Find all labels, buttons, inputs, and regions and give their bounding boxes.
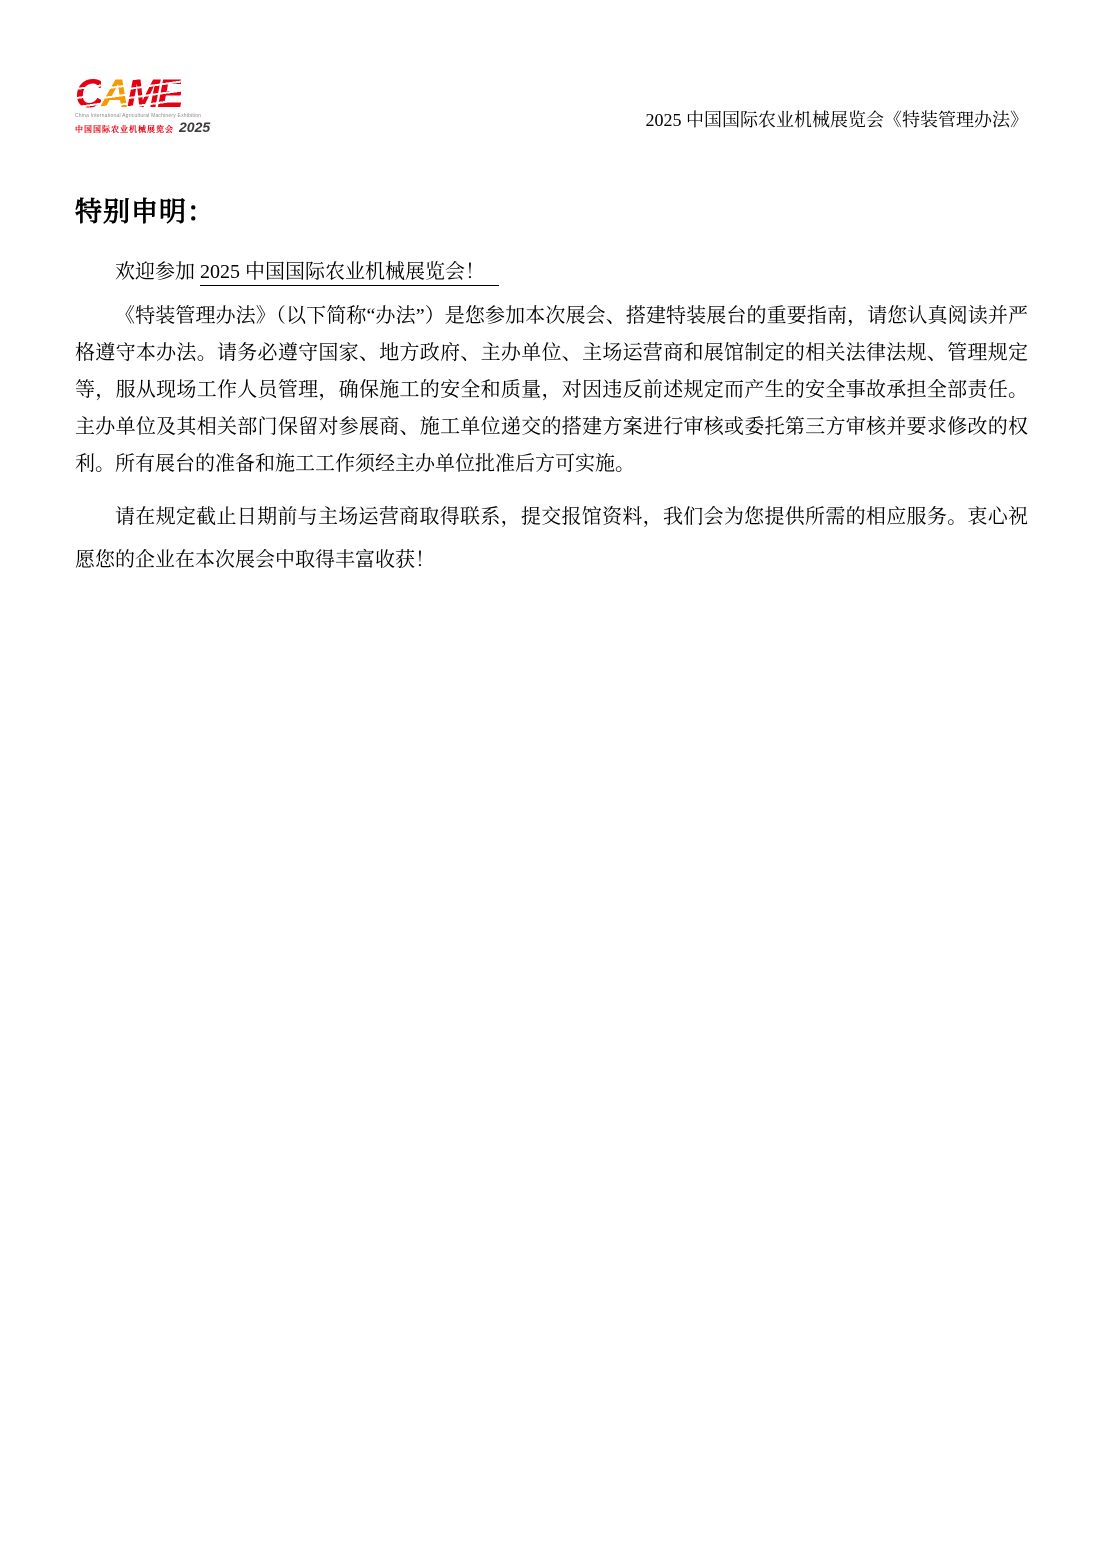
came-logo: CAME China International Agricultural Ma… [75,76,210,134]
document-page: CAME China International Agricultural Ma… [0,0,1102,1559]
logo-year: 2025 [179,120,210,134]
logo-letters-me: ME [127,72,181,116]
welcome-underlined-text: 2025 中国国际农业机械展览会！ [200,261,499,286]
document-header: CAME China International Agricultural Ma… [75,76,1028,134]
came-logo-wordmark: CAME [75,76,210,112]
welcome-line: 欢迎参加 2025 中国国际农业机械展览会！ [75,257,1028,287]
paragraph-main: 《特装管理办法》（以下简称“办法”）是您参加本次展会、搭建特装展台的重要指南，请… [75,298,1028,483]
logo-letter-a: A [101,72,127,116]
logo-letter-c: C [75,72,101,116]
document-header-title: 2025 中国国际农业机械展览会《特装管理办法》 [646,110,1029,134]
logo-bottom-row: 中国国际农业机械展览会 2025 [75,120,210,134]
logo-subtitle-chinese: 中国国际农业机械展览会 [75,126,174,134]
section-title: 特别申明： [75,190,1028,229]
document-body: 特别申明： 欢迎参加 2025 中国国际农业机械展览会！ 《特装管理办法》（以下… [75,190,1028,582]
paragraph-closing: 请在规定截止日期前与主场运营商取得联系，提交报馆资料，我们会为您提供所需的相应服… [75,496,1028,582]
welcome-prefix: 欢迎参加 [115,261,200,283]
